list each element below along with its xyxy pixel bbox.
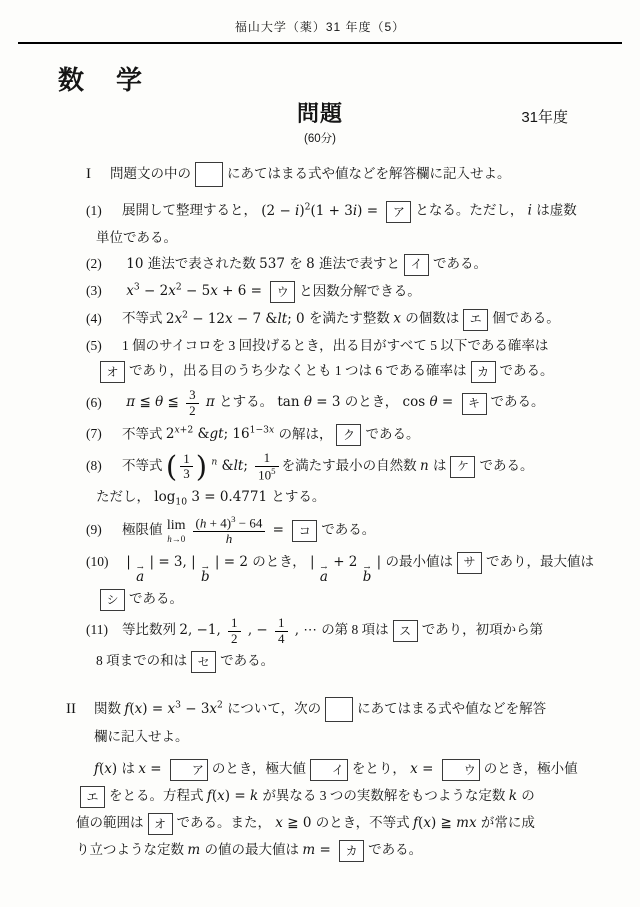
problem-line: シである。 [96, 589, 620, 611]
problem-line: (9)極限値 limh→0(h + 4)3 − 64h = コである。 [86, 515, 620, 546]
math-run: 2x+2 &gt; 161−3x [166, 426, 279, 442]
answer-box: カ [339, 840, 364, 862]
text-run: の個数は [405, 311, 459, 326]
text-run: である。 [321, 522, 375, 537]
text-run: 関数 [94, 701, 124, 716]
vector: →a [136, 565, 144, 585]
title-row: 問題 31年度 [0, 97, 640, 127]
math-run: n [420, 458, 433, 474]
year-label: 31年度 [521, 106, 568, 127]
text-run: が常に成 [481, 815, 535, 830]
answer-box: ウ [442, 759, 480, 781]
section2-intro-text: 関数 f(x) = x3 − 3x2 について，次のにあてはまる式や値などを解答 [94, 701, 546, 716]
math-run: f(x) [94, 761, 121, 777]
text-run: 8 項までの和は [96, 654, 187, 669]
math-run: log10 3 = 0.4771 [150, 489, 271, 505]
text-run: 極限値 [122, 522, 166, 537]
problem-number: (1) [86, 201, 122, 222]
problem-number: (10) [86, 552, 122, 573]
math-run: x [393, 311, 405, 327]
problem: (2) 10 進法で表された数 537 を 8 進法で表すとイである。 [86, 254, 620, 276]
answer-box: エ [463, 309, 488, 331]
problem-line: (10) | →a | = 3, | →b | = 2 のとき， | →a + … [86, 552, 620, 585]
math-run: m [187, 842, 204, 858]
section2-body-line: エをとる。方程式 f(x) = k が異なる 3 つの実数解をもつような定数 k… [76, 786, 620, 808]
text-run: 進法で表された数 [148, 256, 259, 271]
fraction: 1105 [255, 451, 278, 482]
problem-number: (6) [86, 393, 122, 414]
text-run: と因数分解できる。 [299, 283, 421, 298]
math-run: | = 3, | [145, 554, 200, 570]
text-run: 欄に記入せよ。 [94, 729, 189, 744]
math-run: , − [244, 622, 272, 638]
section2-label: II [66, 698, 94, 721]
text-run: 等比数列 [122, 622, 179, 637]
problem-line: (1)展開して整理すると， (2 − i)2(1 + 3i) = アとなる。ただ… [86, 200, 620, 222]
text-run: である。また， [177, 815, 272, 830]
text-run: ただし， [96, 489, 150, 504]
answer-box: セ [191, 651, 216, 673]
problem-number: (2) [86, 254, 122, 275]
math-run: f(x) ≧ mx [413, 815, 481, 831]
text-run: となる。ただし， [415, 203, 523, 218]
text-run: 不等式 [122, 311, 166, 326]
math-run: n &lt; [207, 458, 252, 474]
text-run: を [289, 256, 306, 271]
text-run: のとき， [252, 554, 305, 569]
section1-intro: I問題文の中のにあてはまる式や値などを解答欄に記入せよ。 [86, 162, 640, 187]
text-run: のとき，極大値 [212, 761, 306, 776]
text-run: であり，初項から第 [422, 622, 544, 637]
problem-line: (4)不等式 2x2 − 12x − 7 &lt; 0 を満たす整数 x の個数… [86, 308, 620, 330]
math-run: π ≦ θ ≦ [122, 395, 183, 411]
problem-line: (7)不等式 2x+2 &gt; 161−3x の解は，クである。 [86, 424, 620, 446]
text-run: である。 [433, 256, 487, 271]
text-run: 単位である。 [96, 230, 177, 245]
text-run: の [521, 788, 535, 803]
math-run: (2 − i)2(1 + 3i) = [257, 203, 382, 219]
problem: (8)不等式 (13) n &lt; 1105を満たす最小の自然数 n はケであ… [86, 451, 620, 510]
text-run: を満たす最小の自然数 [282, 458, 420, 473]
duration-label: (60分) [0, 130, 640, 146]
vector: →b [201, 565, 210, 585]
problem: (7)不等式 2x+2 &gt; 161−3x の解は，クである。 [86, 424, 620, 446]
problem-line: (2) 10 進法で表された数 537 を 8 進法で表すとイである。 [86, 254, 620, 276]
text-run: の解は， [278, 426, 332, 441]
math-run: k [509, 788, 521, 804]
math-run: | [306, 554, 319, 570]
problem: (10) | →a | = 3, | →b | = 2 のとき， | →a + … [86, 552, 620, 612]
section2-intro-cont: 欄に記入せよ。 [94, 727, 640, 748]
text-run: である。 [220, 654, 274, 669]
problem-line: (6) π ≦ θ ≦ 32 π とする。 tan θ = 3 のとき， cos… [86, 388, 620, 418]
text-run: 値の範囲は [76, 815, 144, 830]
header-rule [18, 42, 622, 44]
text-run: をとり， [352, 761, 406, 776]
exam-page: 福山大学（薬）31 年度（5） 数 学 問題 31年度 (60分) I問題文の中… [0, 0, 640, 907]
text-run: である。 [479, 458, 533, 473]
text-run: のとき，不等式 [316, 815, 413, 830]
document-title: 問題 [297, 97, 343, 128]
problem-line: 単位である。 [96, 228, 620, 249]
math-run: m = [302, 842, 335, 858]
problem-number: (11) [86, 620, 122, 641]
paren: ( [166, 449, 177, 483]
answer-box: キ [462, 393, 487, 415]
problem: (9)極限値 limh→0(h + 4)3 − 64h = コである。 [86, 515, 620, 546]
problem: (6) π ≦ θ ≦ 32 π とする。 tan θ = 3 のとき， cos… [86, 388, 620, 418]
vector: →b [363, 565, 372, 585]
text-run: であり，出る目のうち少なくとも 1 つは 6 である確率は [129, 364, 467, 379]
text-run: である。 [368, 842, 422, 857]
math-run: π [202, 395, 219, 411]
math-run: cos θ = [398, 395, 457, 411]
math-run: f(x) = x3 − 3x2 [124, 701, 227, 717]
problem: (4)不等式 2x2 − 12x − 7 &lt; 0 を満たす整数 x の個数… [86, 308, 620, 330]
text-run: を満たす整数 [309, 311, 393, 326]
answer-box: ス [393, 620, 418, 642]
vector: →a [320, 565, 328, 585]
answer-box: ケ [450, 456, 475, 478]
text-run: にあてはまる式や値などを解答欄に記入せよ。 [227, 166, 511, 181]
math-run: 2, −1, [179, 622, 225, 638]
fraction: 14 [275, 616, 288, 646]
text-run: である。 [491, 395, 545, 410]
problem-number: (8) [86, 456, 122, 477]
text-run: である。 [500, 364, 554, 379]
text-run: 進法で表すと [319, 256, 400, 271]
blank-box [325, 697, 353, 722]
math-run: = [268, 522, 288, 538]
problem: (5)1 個のサイコロを 3 回投げるとき，出る目がすべて 5 以下である確率は… [86, 336, 620, 384]
text-run: である。 [129, 591, 183, 606]
section1-intro-text: 問題文の中のにあてはまる式や値などを解答欄に記入せよ。 [110, 166, 511, 181]
text-run: について，次の [227, 701, 321, 716]
text-run: のとき， [345, 395, 398, 410]
text-run: をとる。方程式 [109, 788, 207, 803]
section2-body-line: り立つような定数 m の値の最大値は m = カである。 [76, 840, 620, 862]
math-run: x3 − 2x2 − 5x + 6 = [122, 283, 266, 299]
answer-box: ク [336, 424, 361, 446]
answer-box: コ [292, 520, 317, 542]
problem: (3) x3 − 2x2 − 5x + 6 = ウと因数分解できる。 [86, 281, 620, 303]
paren: ) [196, 449, 207, 483]
math-run: 537 [259, 256, 289, 272]
text-run: 展開して整理すると， [122, 203, 257, 218]
answer-box: エ [80, 786, 105, 808]
subject-title: 数 学 [58, 60, 640, 97]
answer-box: ア [170, 759, 208, 781]
answer-box: イ [310, 759, 348, 781]
problem-number: (5) [86, 336, 122, 357]
text-run: 個である。 [492, 311, 560, 326]
blank-box [195, 162, 223, 187]
problem: (1)展開して整理すると， (2 − i)2(1 + 3i) = アとなる。ただ… [86, 200, 620, 248]
section2-intro: II関数 f(x) = x3 − 3x2 について，次のにあてはまる式や値などを… [66, 697, 640, 722]
text-run: 問題文の中の [110, 166, 191, 181]
text-run: にあてはまる式や値などを解答 [357, 701, 546, 716]
text-run: は虚数 [536, 203, 577, 218]
text-run: は [121, 761, 138, 776]
fraction: (h + 4)3 − 64h [193, 515, 266, 546]
text-run: であり，最大値は [486, 554, 594, 569]
fraction: 12 [228, 616, 241, 646]
math-run: x ≧ 0 [271, 815, 316, 831]
problem-line: (3) x3 − 2x2 − 5x + 6 = ウと因数分解できる。 [86, 281, 620, 303]
problem: (11)等比数列 2, −1, 12 , − 14 , ⋯ の第 8 項はスであ… [86, 616, 620, 673]
text-run: り立つような定数 [76, 842, 187, 857]
text-run: 1 個のサイコロを 3 回投げるとき，出る目がすべて 5 以下である確率は [122, 338, 548, 353]
problem-line: (8)不等式 (13) n &lt; 1105を満たす最小の自然数 n はケであ… [86, 451, 620, 482]
running-header: 福山大学（薬）31 年度（5） [0, 0, 640, 35]
answer-box: ア [386, 201, 411, 223]
math-run: + 2 [329, 554, 362, 570]
math-run: x = [406, 761, 438, 777]
section1-label: I [86, 166, 110, 183]
problem-line: 8 項までの和はセである。 [96, 651, 620, 673]
math-run: i [523, 203, 536, 219]
answer-box: カ [471, 361, 496, 383]
text-run: の値の最大値は [204, 842, 302, 857]
math-run: 8 [306, 256, 319, 272]
math-run: | = 2 [211, 554, 253, 570]
answer-box: イ [404, 254, 429, 276]
text-run: とする。 [219, 395, 273, 410]
problem-list: (1)展開して整理すると， (2 − i)2(1 + 3i) = アとなる。ただ… [0, 200, 640, 673]
text-run: の最小値は [385, 554, 453, 569]
answer-box: オ [100, 361, 125, 383]
problem-line: (5)1 個のサイコロを 3 回投げるとき，出る目がすべて 5 以下である確率は [86, 336, 620, 357]
text-run: 不等式 [122, 458, 166, 473]
limit: limh→0 [167, 519, 186, 544]
text-run: のとき，極小値 [484, 761, 578, 776]
math-run: tan θ = 3 [273, 395, 345, 411]
fraction: 32 [186, 388, 199, 418]
text-run: とする。 [271, 489, 325, 504]
fraction: 13 [180, 452, 193, 482]
problem-line: オであり，出る目のうち少なくとも 1 つは 6 である確率はカである。 [96, 361, 620, 383]
problem-line: (11)等比数列 2, −1, 12 , − 14 , ⋯ の第 8 項はスであ… [86, 616, 620, 646]
math-run: x = [138, 761, 166, 777]
math-run: f(x) = k [207, 788, 263, 804]
math-run: | [122, 554, 135, 570]
problem-number: (7) [86, 424, 122, 445]
text-run: である。 [365, 426, 419, 441]
problem-line: ただし， log10 3 = 0.4771 とする。 [96, 487, 620, 510]
answer-box: サ [457, 552, 482, 574]
math-run: 2x2 − 12x − 7 &lt; 0 [166, 311, 309, 327]
math-run: , ⋯ [291, 622, 322, 638]
answer-box: シ [100, 589, 125, 611]
section2-body-line: f(x) は x = アのとき，極大値イをとり， x = ウのとき，極小値 [76, 759, 620, 781]
text-run: は [433, 458, 447, 473]
text-run: 不等式 [122, 426, 166, 441]
problem-number: (9) [86, 520, 122, 541]
text-run: が異なる 3 つの実数解をもつような定数 [262, 788, 508, 803]
math-run: | [372, 554, 385, 570]
problem-number: (4) [86, 309, 122, 330]
text-run: の第 8 項は [321, 622, 389, 637]
math-run: 10 [122, 256, 148, 272]
section2-body: f(x) は x = アのとき，極大値イをとり， x = ウのとき，極小値エをと… [76, 759, 620, 862]
problem-number: (3) [86, 281, 122, 302]
answer-box: ウ [270, 281, 295, 303]
answer-box: オ [148, 813, 173, 835]
section2-body-line: 値の範囲はオである。また， x ≧ 0 のとき，不等式 f(x) ≧ mx が常… [76, 813, 620, 835]
section2: II関数 f(x) = x3 − 3x2 について，次のにあてはまる式や値などを… [0, 697, 640, 862]
